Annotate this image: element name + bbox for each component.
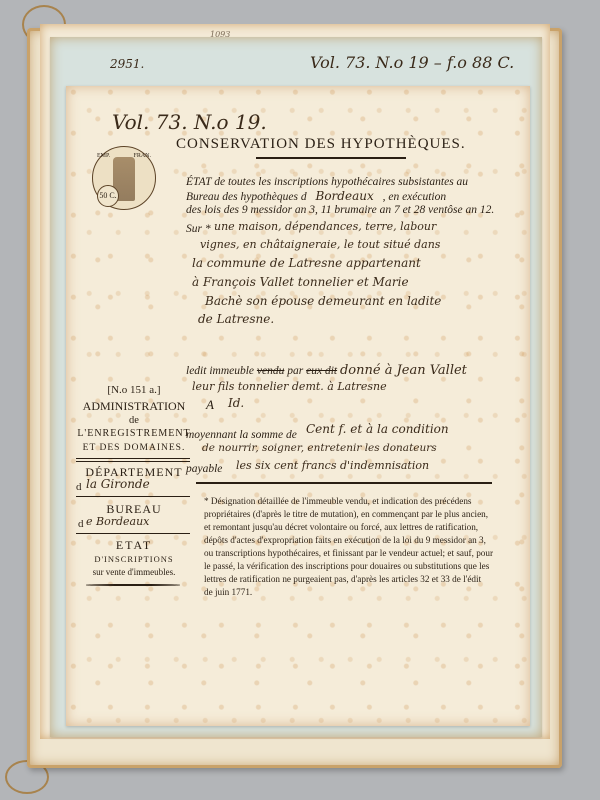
domaines-label: ET DES DOMAINES. — [70, 443, 198, 453]
footnote-line: lettres de ratification ne purgeaient pa… — [204, 573, 534, 586]
intro-line-3: des lois des 9 messidor an 3, 11 brumair… — [186, 203, 494, 217]
price-handwritten-2: de nourrir, soigner, entretenir les dona… — [202, 442, 437, 454]
donee-description: leur fils tonnelier demt. à Latresne — [192, 380, 387, 393]
description-line-1: une maison, dépendances, terre, labour — [214, 220, 436, 233]
struck-vendu: vendu — [257, 365, 284, 377]
ref-number: [N.o 151 a.] — [70, 384, 198, 396]
departement-rule — [76, 496, 190, 497]
administration-label: ADMINISTRATION — [70, 399, 198, 414]
inscriptions-label: D'INSCRIPTIONS — [70, 554, 198, 564]
price-handwritten-1: Cent f. et à la condition — [306, 422, 449, 436]
transfer-par: par — [287, 365, 303, 377]
title-rule — [256, 157, 406, 159]
section-rule — [196, 482, 492, 484]
departement-prefix: d — [76, 481, 82, 493]
stamp-value: 50 C. — [97, 185, 119, 207]
double-rule-top — [76, 458, 190, 459]
stamp-text-left: EMP. — [97, 153, 110, 159]
intro-bureau-label: Bureau des hypothèques d — [186, 191, 307, 203]
de-label: de — [70, 415, 198, 426]
document-title: CONSERVATION DES HYPOTHÈQUES. — [176, 136, 466, 153]
filled-office: Bordeaux — [316, 189, 374, 203]
footnote-line: propriétaires (d'après le titre de mutat… — [204, 508, 534, 521]
footnote-line: le passé, la vérification des inscriptio… — [204, 560, 534, 573]
bureau-prefix: d — [78, 518, 84, 530]
description-line-6: de Latresne. — [198, 312, 274, 326]
description-line-5: Bachè son épouse demeurant en ladite — [205, 294, 441, 308]
description-line-4: à François Vallet tonnelier et Marie — [192, 275, 409, 289]
footnote-line: ou transcriptions hypothécaires, et fini… — [204, 547, 534, 560]
folder-annotation-right: Vol. 73. N.o 19 – f.o 88 C. — [310, 53, 514, 72]
transfer-label: ledit immeuble — [186, 365, 254, 377]
footnote: * Désignation détaillée de l'immeuble ve… — [204, 495, 534, 599]
transfer-line: ledit immeuble vendu par eux dit donné à… — [186, 364, 467, 378]
donee-name: donné à Jean Vallet — [340, 363, 467, 378]
enregistrement-label: L'ENREGISTREMENT — [70, 428, 198, 439]
vente-label: sur vente d'immeubles. — [70, 567, 198, 577]
departement-value: la Gironde — [86, 477, 150, 491]
intro-line-1: ÉTAT de toutes les inscriptions hypothéc… — [186, 175, 468, 189]
folder-annotation-left: 2951. — [110, 57, 144, 71]
payable-handwritten: les six cent francs d'indemnisation — [236, 459, 429, 472]
etat-label: ETAT — [70, 538, 198, 553]
footnote-line: de juin 1771. — [204, 586, 534, 599]
ornamental-rule — [86, 584, 180, 586]
tax-stamp: EMP. FRAN. 50 C. — [92, 146, 156, 210]
footnote-line: * Désignation détaillée de l'immeuble ve… — [204, 495, 534, 508]
sur-label: Sur * — [186, 222, 211, 236]
footnote-line: dépôts d'actes d'expropriation faits en … — [204, 534, 534, 547]
price-label: moyennant la somme de — [186, 428, 297, 442]
description-line-3: la commune de Latresne appartenant — [192, 256, 421, 270]
stamp-text-right: FRAN. — [133, 153, 151, 159]
volume-annotation: Vol. 73. N.o 19. — [112, 110, 267, 134]
a-handwritten: Id. — [228, 396, 244, 410]
double-rule-bottom — [76, 461, 190, 462]
struck-eux-dit: eux dit — [306, 365, 337, 377]
intro-suffix: , en exécution — [383, 191, 447, 203]
intro-line-2: Bureau des hypothèques d Bordeaux , en e… — [186, 189, 446, 204]
a-label: A — [206, 398, 214, 412]
description-line-2: vignes, en châtaigneraie, le tout situé … — [200, 238, 440, 251]
bureau-rule — [76, 533, 190, 534]
footnote-line: et remontant jusqu'au décret volontaire … — [204, 521, 534, 534]
bureau-value: e Bordeaux — [86, 515, 149, 528]
